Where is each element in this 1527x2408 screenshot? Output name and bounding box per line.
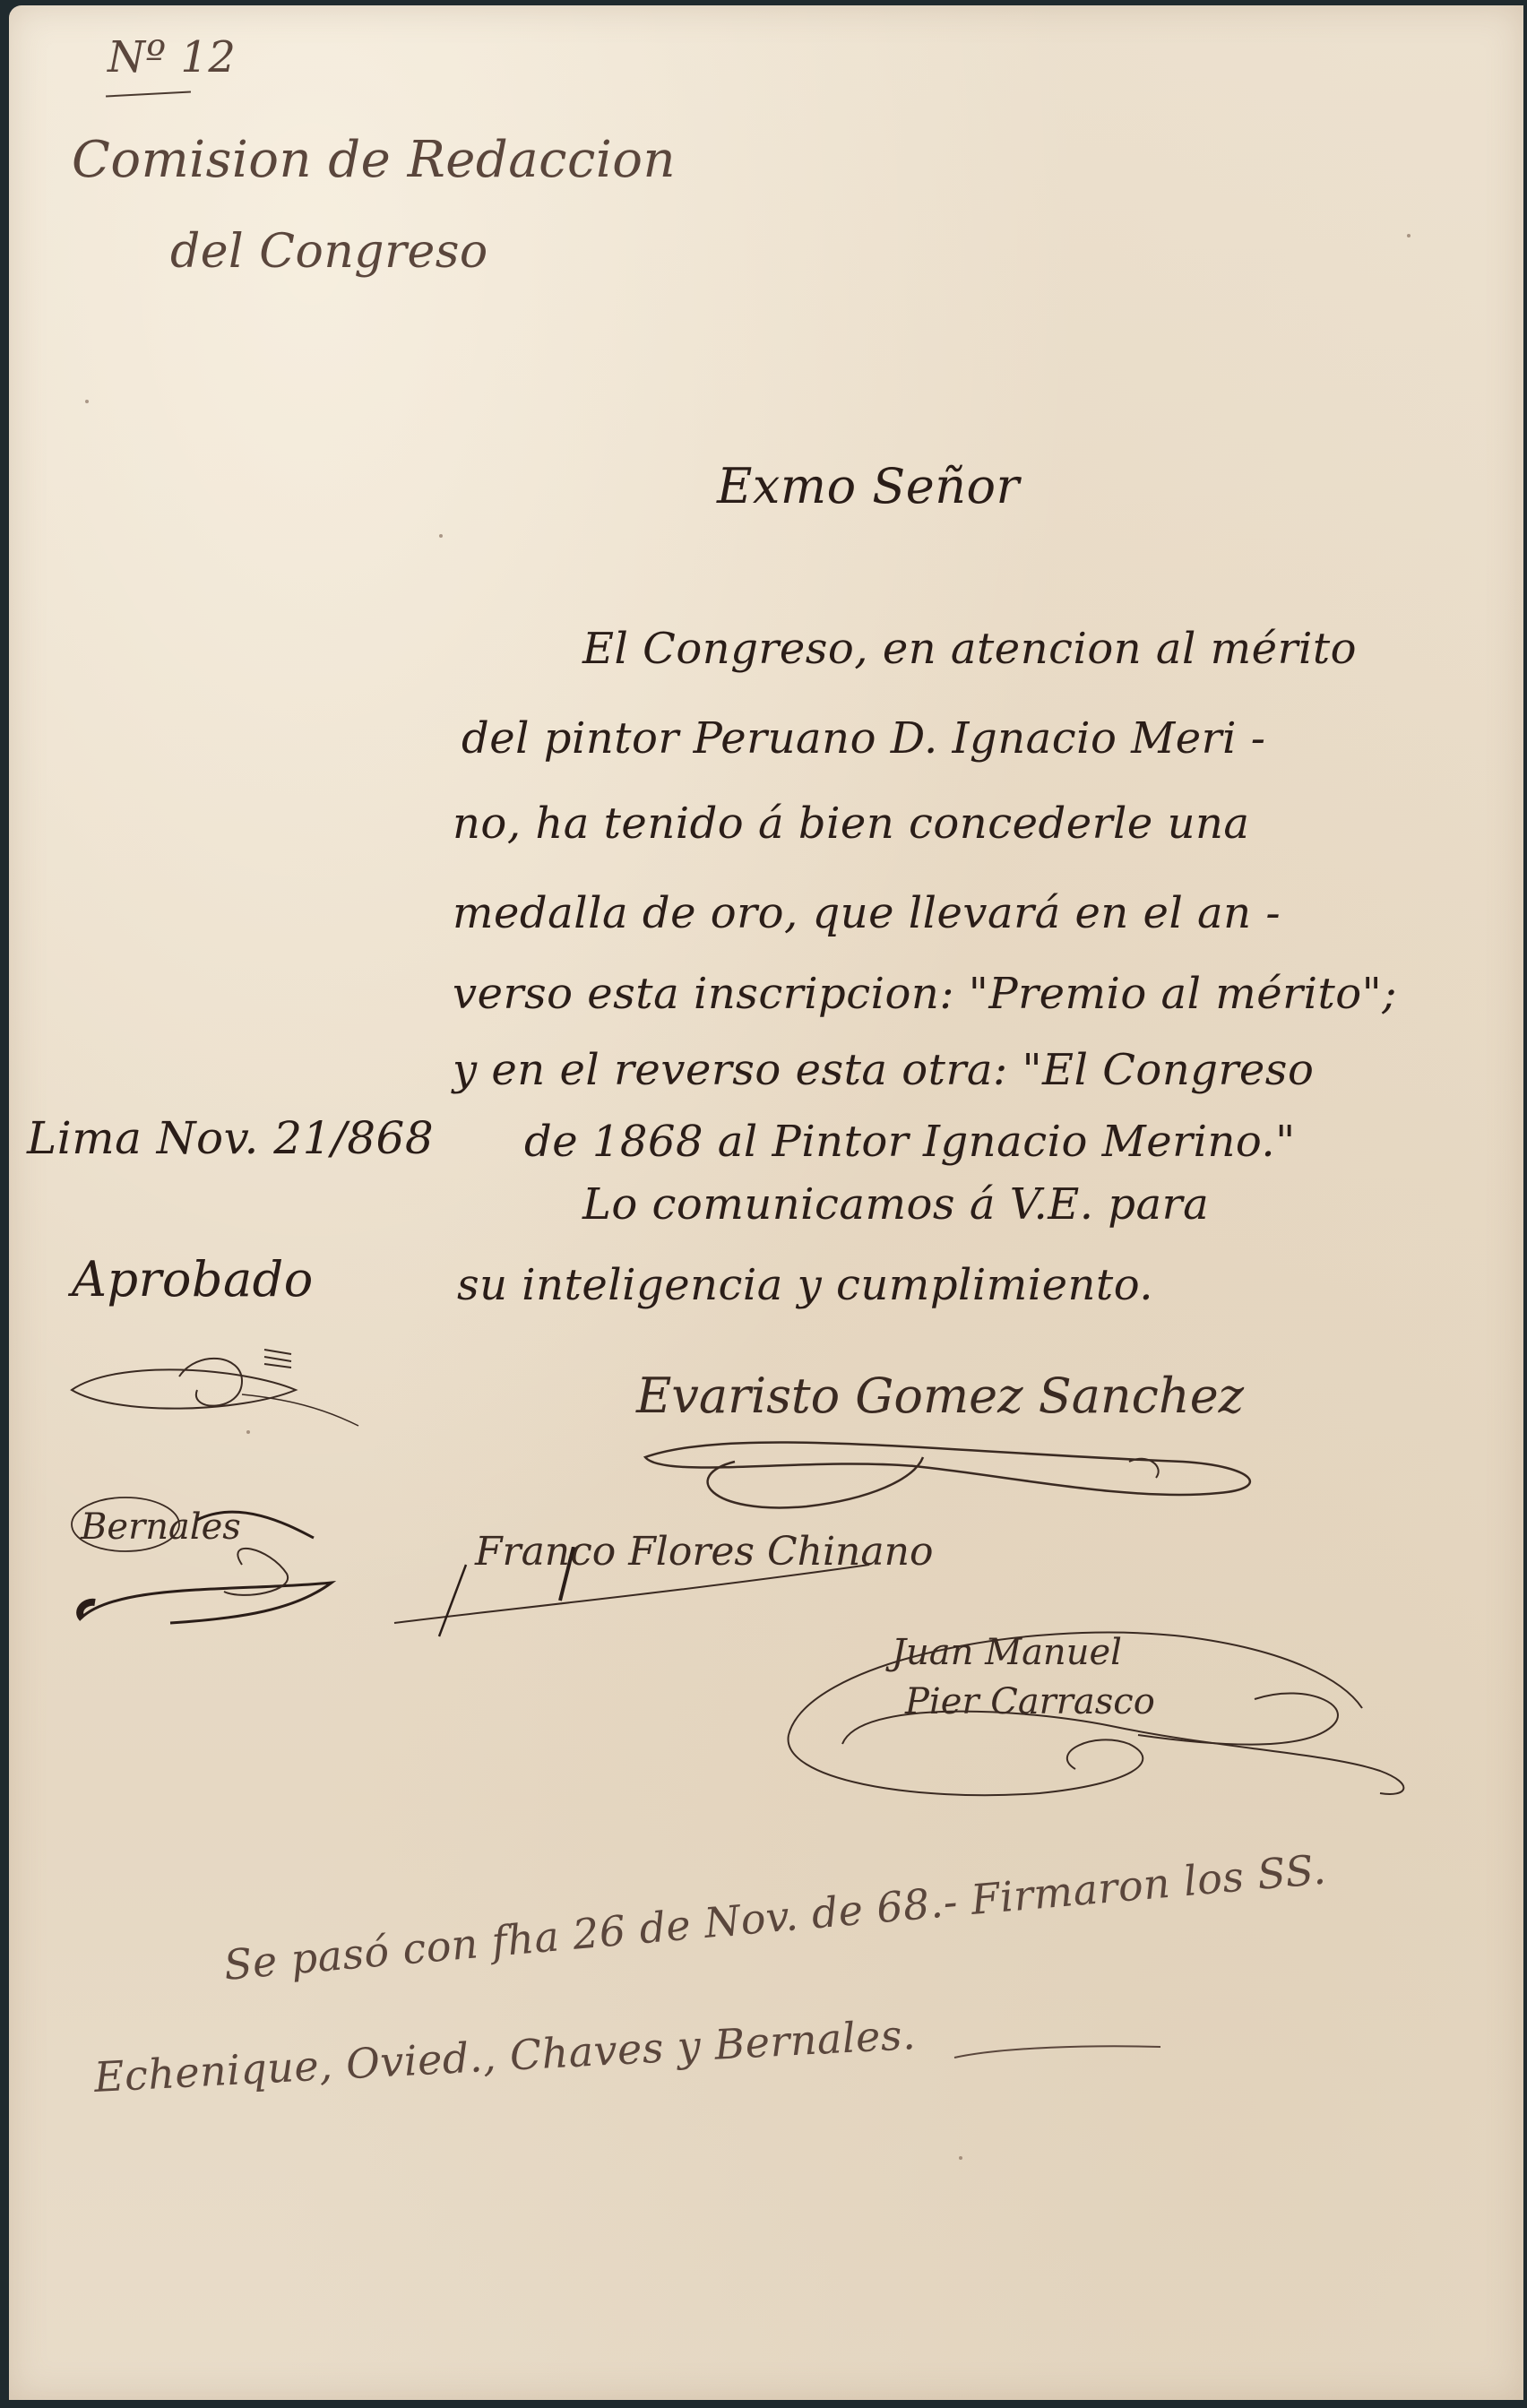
issuer-heading: Comision de Redaccion	[72, 131, 676, 189]
signature-pier-carrasco: Pier Carrasco	[905, 1681, 1155, 1722]
signature-flores-chinano: Franco Flores Chinano	[475, 1529, 933, 1575]
reference-underline	[106, 91, 191, 98]
paper-speck	[1407, 234, 1411, 237]
paper-speck	[246, 1430, 250, 1434]
signature-bernales: Bernales	[81, 1506, 241, 1548]
body-line: de 1868 al Pintor Ignacio Merino."	[524, 1117, 1296, 1167]
margin-date-note: Lima Nov. 21/868	[27, 1112, 434, 1164]
margin-approval-note: Aprobado	[72, 1251, 314, 1308]
approval-rubric-flourish	[63, 1341, 367, 1439]
body-line: verso esta inscripcion: "Premio al mérit…	[453, 969, 1397, 1019]
paper-speck	[85, 400, 89, 403]
body-line: El Congreso, en atencion al mérito	[582, 624, 1357, 674]
document-page: Nº 12 Comision de Redaccion del Congreso…	[9, 5, 1523, 2400]
signature-evaristo-gomez-sanchez: Evaristo Gomez Sanchez	[636, 1368, 1244, 1424]
body-line: no, ha tenido á bien concederle una	[453, 798, 1250, 849]
body-line: Lo comunicamos á V.E. para	[582, 1179, 1209, 1230]
salutation: Exmo Señor	[717, 458, 1020, 514]
issuer-subheading: del Congreso	[170, 225, 488, 279]
footer-line: Se pasó con fha 26 de Nov. de 68.- Firma…	[222, 1845, 1328, 1989]
body-line: medalla de oro, que llevará en el an -	[453, 888, 1281, 938]
paper-speck	[439, 534, 443, 538]
footer-line: Echenique, Ovied., Chaves y Bernales.	[93, 2010, 918, 2102]
body-line: su inteligencia y cumplimiento.	[457, 1260, 1153, 1310]
body-line: y en el reverso esta otra: "El Congreso	[453, 1045, 1314, 1095]
signature-flourish	[627, 1426, 1290, 1524]
paper-speck	[959, 2156, 962, 2160]
footer-dash-stroke	[950, 2040, 1165, 2067]
reference-number: Nº 12	[108, 32, 236, 82]
signature-juan-manuel: Juan Manuel	[892, 1632, 1122, 1673]
body-line: del pintor Peruano D. Ignacio Meri -	[462, 713, 1265, 764]
